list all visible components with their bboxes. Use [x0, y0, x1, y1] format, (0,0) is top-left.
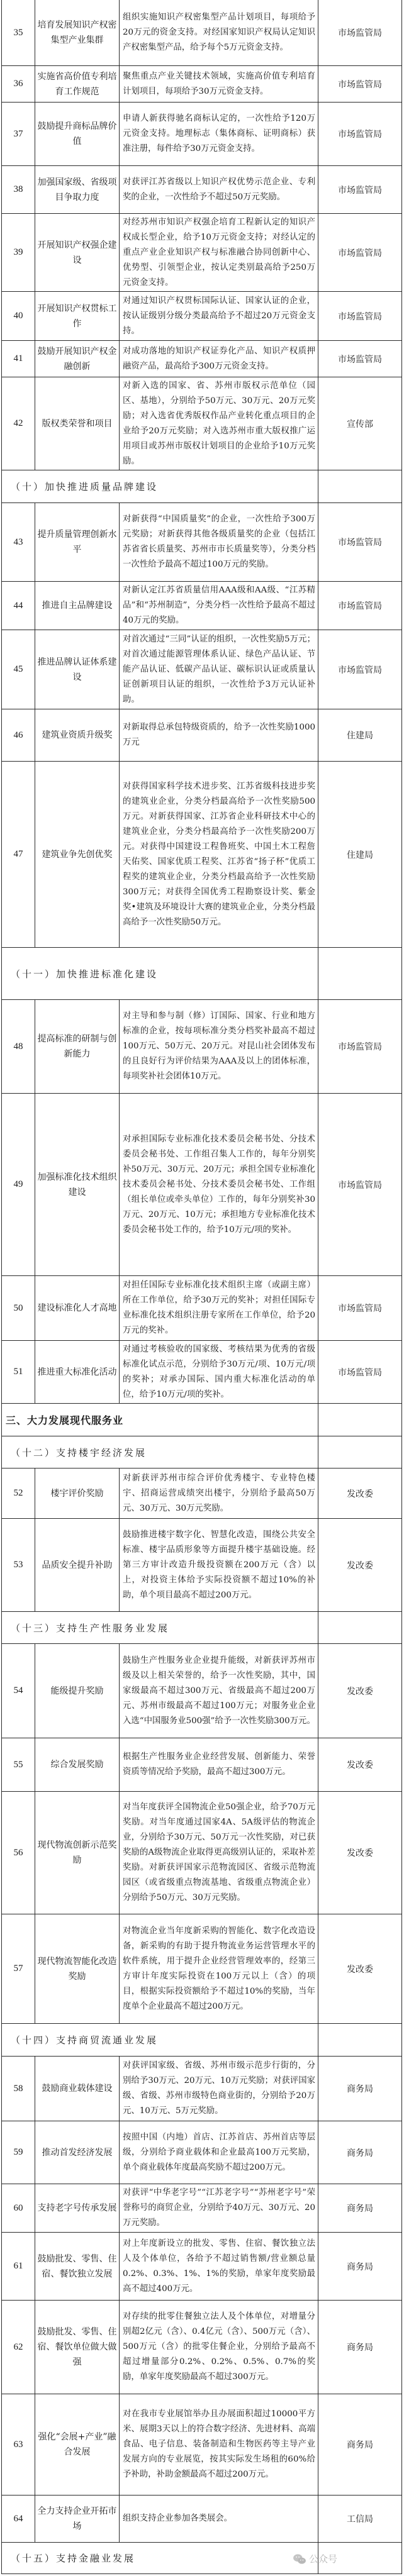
item-number: 37 — [2, 103, 35, 165]
responsible-department: 发改委 — [318, 1914, 401, 2023]
item-number: 38 — [2, 166, 35, 213]
section-title: （十五）支持金融业发展 — [2, 2543, 318, 2573]
item-description: 根据生产性服务业企业经营发展、创新能力、荣誉资质等情况给予奖励，最高不超过300… — [120, 1738, 318, 1791]
description-text: 对承担国际专业标准化技术委员会秘书处、分技术委员会秘书处、工作组召集人工作的，每… — [123, 1132, 315, 1238]
item-name: 强化“会展+产业”融合发展 — [35, 2394, 120, 2495]
table-row: 45推进品牌认证体系建设对首次通过“三同”认证的组织，一次性奖励5万元；对首次通… — [1, 630, 402, 709]
item-description: 对物流企业当年度新采购的智能化、数字化改造设备，新采购的有助于提升物流业务运营管… — [120, 1914, 318, 2023]
description-text: 对经苏州市知识产权强企培育工程新认定的知识产权成长型企业，给予10万元资金支持；… — [123, 215, 315, 291]
responsible-department: 市场监管局 — [318, 341, 401, 377]
item-name: 鼓励开展知识产权金融创新 — [35, 341, 120, 377]
item-name: 现代物流创新示范奖励 — [35, 1792, 120, 1914]
description-text: 对新取得总承包特级资质的，给予一次性奖励1000万元 — [123, 720, 315, 750]
item-name: 建筑业争先创优奖 — [35, 762, 120, 947]
table-row: 49加强标准化技术组织建设对承担国际专业标准化技术委员会秘书处、分技术委员会秘书… — [1, 1094, 402, 1276]
item-description: 对上年度新设立的批发、零售、住宿、餐饮独立法人及个体单位，各给予不超过销售额/营… — [120, 2233, 318, 2300]
item-number: 58 — [2, 2057, 35, 2121]
empty-cell — [318, 1404, 401, 1436]
item-description: 对获评江苏省级以上知识产权优势示范企业、专利奖的企业，一次性给予不超过50万元奖… — [120, 166, 318, 213]
description-text: 对新入选的国家、省、苏州市版权示范单位（园区、基地），分别给予50万元、30万元… — [123, 379, 315, 469]
responsible-department: 市场监管局 — [318, 1094, 401, 1275]
responsible-department: 市场监管局 — [318, 1341, 401, 1403]
responsible-department: 市场监管局 — [318, 582, 401, 630]
responsible-department: 市场监管局 — [318, 630, 401, 709]
item-name: 鼓励批发、零售、住宿、餐饮独立发展 — [35, 2233, 120, 2300]
empty-cell — [318, 470, 401, 502]
wechat-icon — [293, 2553, 306, 2565]
table-row: 50建设标准化人才高地对担任国际专业标准化技术组织主席（或副主席）所在工作单位，… — [1, 1276, 402, 1341]
description-text: 按照中国（内地）首店、江苏首店、苏州首店等层级，分别给予商业载体和企业最高100… — [123, 2130, 315, 2175]
item-description: 对获评“中华老字号”“江苏老字号”“苏州老字号”荣誉称号的商贸企业，分别给予40… — [120, 2184, 318, 2232]
table-row: 36实施省高价值专利培育工作规范聚焦重点产业关键技术领域，实施高价值专利培育计划… — [1, 66, 402, 103]
item-number: 63 — [2, 2394, 35, 2495]
table-row: 38加强国家级、省级项目争取力度对获评江苏省级以上知识产权优势示范企业、专利奖的… — [1, 166, 402, 214]
table-row: 46建筑业资质升级奖对新取得总承包特级资质的，给予一次性奖励1000万元住建局 — [1, 709, 402, 762]
table-row: 51推进重大标准化活动对通过考核验收的国家级、考核结果为优秀的省级标准化试点示范… — [1, 1341, 402, 1404]
item-description: 对经苏州市知识产权强企培育工程新认定的知识产权成长型企业，给予10万元资金支持；… — [120, 214, 318, 291]
item-description: 对新取得总承包特级资质的，给予一次性奖励1000万元 — [120, 709, 318, 761]
table-row: 41鼓励开展知识产权金融创新对成功落地的知识产权证券化产品、知识产权质押融资产品… — [1, 341, 402, 377]
item-number: 36 — [2, 66, 35, 102]
responsible-department: 发改委 — [318, 1644, 401, 1738]
table-row: 64全力支持企业开拓市场组织支持企业参加各类展会。工信局 — [1, 2495, 402, 2543]
table-row: 56现代物流创新示范奖励对当年度获评全国物流企业50强企业，给予70万元奖励。对… — [1, 1792, 402, 1914]
item-description: 对担任国际专业标准化技术组织主席（或副主席）所在工作单位，给予30万元的奖补；对… — [120, 1276, 318, 1340]
section-header-row: （十）加快推进质量品牌建设 — [1, 470, 402, 503]
table-row: 37鼓励提升商标品牌价值申请人新获得驰名商标认定的，一次性给予120万元资金支持… — [1, 103, 402, 166]
item-number: 56 — [2, 1792, 35, 1914]
item-name: 推进品牌认证体系建设 — [35, 630, 120, 709]
item-description: 申请人新获得驰名商标认定的，一次性给予120万元资金支持。地理标志（集体商标、证… — [120, 103, 318, 165]
item-name: 提高标准的研制与创新能力 — [35, 1000, 120, 1093]
item-description: 对新入选的国家、省、苏州市版权示范单位（园区、基地），分别给予50万元、30万元… — [120, 377, 318, 470]
description-text: 对在我市专业展馆举办且办展面积超过10000平方米、展期3天以上的符合数字经济、… — [123, 2407, 315, 2482]
section-title: （十三）支持生产性服务业发展 — [2, 1612, 318, 1643]
description-text: 对获得国家科学技术进步奖、江苏省级科技进步奖的建筑业企业，分类分档最高给予一次性… — [123, 779, 315, 930]
item-name: 培育发展知识产权密集型产业集群 — [35, 0, 120, 65]
description-text: 对新获得“中国质量奖”的企业，一次性给予300万元奖励；对新获得其他各级质量奖的… — [123, 512, 315, 572]
description-text: 组织支持企业参加各类展会。 — [123, 2511, 232, 2526]
description-text: 对获评“中华老字号”“江苏老字号”“苏州老字号”荣誉称号的商贸企业，分别给予40… — [123, 2185, 315, 2231]
item-description: 组织实施知识产权密集型产品计划项目，每项给予20万元的资金支持。对经国家知识产权… — [120, 0, 318, 65]
description-text: 对存续的批零住餐独立法人及个体单位，对增量分别超2亿元（含）、0.4亿元（含）、… — [123, 2309, 315, 2385]
responsible-department: 商务局 — [318, 2184, 401, 2232]
table-row: 58鼓励商业载体建设对获评国家级、省级、苏州市级示范步行街的，分别给予30万元、… — [1, 2057, 402, 2121]
item-number: 49 — [2, 1094, 35, 1275]
item-number: 42 — [2, 377, 35, 470]
table-row: 35培育发展知识产权密集型产业集群组织实施知识产权密集型产品计划项目，每项给予2… — [1, 0, 402, 66]
description-text: 对通过知识产权贯标国际认证、国家认证的企业，按认证级别分级分类最高给予不超过20… — [123, 294, 315, 339]
description-text: 对新获评苏州市综合评价优秀楼宇、专业特色楼宇、招商运营成绩突出楼宇，分别给予最高… — [123, 1471, 315, 1516]
item-number: 44 — [2, 582, 35, 630]
table-row: 40开展知识产权贯标工作对通过知识产权贯标国际认证、国家认证的企业，按认证级别分… — [1, 292, 402, 341]
description-text: 对获评江苏省级以上知识产权优势示范企业、专利奖的企业，一次性给予不超过50万元奖… — [123, 175, 315, 205]
policy-table: 35培育发展知识产权密集型产业集群组织实施知识产权密集型产品计划项目，每项给予2… — [1, 0, 402, 2574]
item-number: 59 — [2, 2121, 35, 2184]
responsible-department: 发改委 — [318, 1792, 401, 1914]
item-description: 对首次通过“三同”认证的组织，一次性奖励5万元；对首次通过能源管理体系认证、绿色… — [120, 630, 318, 709]
item-number: 45 — [2, 630, 35, 709]
item-name: 综合发展奖励 — [35, 1738, 120, 1791]
responsible-department: 住建局 — [318, 762, 401, 947]
description-text: 组织实施知识产权密集型产品计划项目，每项给予20万元的资金支持。对经国家知识产权… — [123, 10, 315, 55]
description-text: 根据生产性服务业企业经营发展、创新能力、荣誉资质等情况给予奖励，最高不超过300… — [123, 1750, 315, 1780]
section-title: （十二）支持楼宇经济发展 — [2, 1436, 318, 1468]
item-description: 对新认定江苏省质量信用AAA级和AA级、“江苏精品”和“苏州制造”，分类分档一次… — [120, 582, 318, 630]
item-number: 52 — [2, 1468, 35, 1518]
item-number: 57 — [2, 1914, 35, 2023]
item-name: 能级提升奖励 — [35, 1644, 120, 1738]
description-text: 聚焦重点产业关键技术领域，实施高价值专利培育计划项目，每项给予30万元资金支持。 — [123, 69, 315, 99]
description-text: 对主导和参与制（修）订国际、国家、行业和地方标准的企业，按每项标准分类分档奖补最… — [123, 1009, 315, 1084]
item-name: 全力支持企业开拓市场 — [35, 2495, 120, 2542]
section-title: （十）加快推进质量品牌建设 — [2, 470, 318, 502]
section-header-row: （十二）支持楼宇经济发展 — [1, 1436, 402, 1468]
empty-cell — [318, 948, 401, 999]
item-number: 50 — [2, 1276, 35, 1340]
description-text: 对当年度获评全国物流企业50强企业，给予70万元奖励。对当年度通过国家4A、5A… — [123, 1800, 315, 1906]
section-title: （十一）加快推进标准化建设 — [2, 948, 318, 999]
item-number: 64 — [2, 2495, 35, 2542]
item-description: 按照中国（内地）首店、江苏首店、苏州首店等层级，分别给予商业载体和企业最高100… — [120, 2121, 318, 2184]
table-row: 54能级提升奖励鼓励生产性服务业企业提升能级，对新获评苏州市级及以上相关荣誉的，… — [1, 1644, 402, 1738]
item-name: 版权类荣誉和项目 — [35, 377, 120, 470]
description-text: 对获评国家级、省级、苏州市级示范步行街的，分别给予30万元、20万元、10万元奖… — [123, 2058, 315, 2119]
section-title: （十四）支持商贸流通业发展 — [2, 2024, 318, 2056]
item-description: 对在我市专业展馆举办且办展面积超过10000平方米、展期3天以上的符合数字经济、… — [120, 2394, 318, 2495]
responsible-department: 商务局 — [318, 2121, 401, 2184]
item-description: 对成功落地的知识产权证券化产品、知识产权质押融资产品，最高给予300万元资金支持… — [120, 341, 318, 377]
table-row: 43提升质量管理创新水平对新获得“中国质量奖”的企业，一次性给予300万元奖励；… — [1, 503, 402, 582]
item-description: 聚焦重点产业关键技术领域，实施高价值专利培育计划项目，每项给予30万元资金支持。 — [120, 66, 318, 102]
responsible-department: 发改委 — [318, 1519, 401, 1611]
description-text: 对成功落地的知识产权证券化产品、知识产权质押融资产品，最高给予300万元资金支持… — [123, 344, 315, 374]
item-name: 建筑业资质升级奖 — [35, 709, 120, 761]
description-text: 对首次通过“三同”认证的组织，一次性奖励5万元；对首次通过能源管理体系认证、绿色… — [123, 632, 315, 708]
table-row: 62鼓励批发、零售、住宿、餐饮单位做大做强对存续的批零住餐独立法人及个体单位，对… — [1, 2301, 402, 2394]
item-number: 40 — [2, 292, 35, 340]
responsible-department: 商务局 — [318, 2057, 401, 2121]
responsible-department: 市场监管局 — [318, 292, 401, 340]
item-description: 鼓励生产性服务业企业提升能级，对新获评苏州市级及以上相关荣誉的，给予一次性奖励，… — [120, 1644, 318, 1738]
responsible-department: 市场监管局 — [318, 66, 401, 102]
responsible-department: 住建局 — [318, 709, 401, 761]
table-row: 61鼓励批发、零售、住宿、餐饮独立发展对上年度新设立的批发、零售、住宿、餐饮独立… — [1, 2233, 402, 2301]
responsible-department: 市场监管局 — [318, 166, 401, 213]
item-description: 对通过知识产权贯标国际认证、国家认证的企业，按认证级别分级分类最高给予不超过20… — [120, 292, 318, 340]
item-name: 鼓励商业载体建设 — [35, 2057, 120, 2121]
description-text: 申请人新获得驰名商标认定的，一次性给予120万元资金支持。地理标志（集体商标、证… — [123, 111, 315, 157]
empty-cell — [318, 2024, 401, 2056]
item-description: 对存续的批零住餐独立法人及个体单位，对增量分别超2亿元（含）、0.4亿元（含）、… — [120, 2301, 318, 2394]
item-name: 现代物流智能化改造奖励 — [35, 1914, 120, 2023]
description-text: 对上年度新设立的批发、零售、住宿、餐饮独立法人及个体单位，各给予不超过销售额/营… — [123, 2236, 315, 2297]
section-header-row: （十三）支持生产性服务业发展 — [1, 1612, 402, 1644]
responsible-department: 市场监管局 — [318, 1000, 401, 1093]
responsible-department: 工信局 — [318, 2495, 401, 2542]
item-number: 41 — [2, 341, 35, 377]
item-description: 对主导和参与制（修）订国际、国家、行业和地方标准的企业，按每项标准分类分档奖补最… — [120, 1000, 318, 1093]
table-row: 52楼宇评价奖励对新获评苏州市综合评价优秀楼宇、专业特色楼宇、招商运营成绩突出楼… — [1, 1468, 402, 1519]
section-header-row: （十四）支持商贸流通业发展 — [1, 2024, 402, 2057]
item-number: 47 — [2, 762, 35, 947]
table-row: 55综合发展奖励根据生产性服务业企业经营发展、创新能力、荣誉资质等情况给予奖励，… — [1, 1738, 402, 1792]
empty-cell — [318, 1436, 401, 1468]
item-description: 对获得国家科学技术进步奖、江苏省级科技进步奖的建筑业企业，分类分档最高给予一次性… — [120, 762, 318, 947]
table-row: 44推进自主品牌建设对新认定江苏省质量信用AAA级和AA级、“江苏精品”和“苏州… — [1, 582, 402, 630]
item-number: 51 — [2, 1341, 35, 1403]
table-row: 47建筑业争先创优奖对获得国家科学技术进步奖、江苏省级科技进步奖的建筑业企业，分… — [1, 762, 402, 948]
responsible-department: 商务局 — [318, 2301, 401, 2394]
item-name: 推进重大标准化活动 — [35, 1341, 120, 1403]
watermark: 公众号 — [293, 2552, 337, 2565]
description-text: 对新认定江苏省质量信用AAA级和AA级、“江苏精品”和“苏州制造”，分类分档一次… — [123, 583, 315, 628]
item-name: 品质安全提升补助 — [35, 1519, 120, 1611]
table-row: 60支持老字号传承发展对获评“中华老字号”“江苏老字号”“苏州老字号”荣誉称号的… — [1, 2184, 402, 2233]
item-name: 开展知识产权强企建设 — [35, 214, 120, 291]
section-header-row: （十五）支持金融业发展 — [1, 2543, 402, 2574]
section-title: 三、大力发展现代服务业 — [2, 1404, 318, 1436]
responsible-department: 宣传部 — [318, 377, 401, 470]
item-name: 实施省高价值专利培育工作规范 — [35, 66, 120, 102]
item-name: 推进自主品牌建设 — [35, 582, 120, 630]
item-name: 楼宇评价奖励 — [35, 1468, 120, 1518]
table-row: 42版权类荣誉和项目对新入选的国家、省、苏州市版权示范单位（园区、基地），分别给… — [1, 377, 402, 470]
item-description: 鼓励推进楼宇数字化、智慧化改造，围绕公共安全标准、楼宇品质形象等方面提升楼宇基础… — [120, 1519, 318, 1611]
item-name: 鼓励批发、零售、住宿、餐饮单位做大做强 — [35, 2301, 120, 2394]
description-text: 对通过考核验收的国家级、考核结果为优秀的省级标准化试点示范，分别给予30万元/项… — [123, 1342, 315, 1402]
table-row: 48提高标准的研制与创新能力对主导和参与制（修）订国际、国家、行业和地方标准的企… — [1, 1000, 402, 1094]
responsible-department: 市场监管局 — [318, 214, 401, 291]
item-number: 35 — [2, 0, 35, 65]
item-description: 对承担国际专业标准化技术委员会秘书处、分技术委员会秘书处、工作组召集人工作的，每… — [120, 1094, 318, 1275]
item-name: 开展知识产权贯标工作 — [35, 292, 120, 340]
item-description: 对新获评苏州市综合评价优秀楼宇、专业特色楼宇、招商运营成绩突出楼宇，分别给予最高… — [120, 1468, 318, 1518]
item-description: 组织支持企业参加各类展会。 — [120, 2495, 318, 2542]
item-number: 53 — [2, 1519, 35, 1611]
item-description: 对新获得“中国质量奖”的企业，一次性给予300万元奖励；对新获得其他各级质量奖的… — [120, 503, 318, 581]
responsible-department: 发改委 — [318, 1468, 401, 1518]
item-name: 建设标准化人才高地 — [35, 1276, 120, 1340]
item-name: 支持老字号传承发展 — [35, 2184, 120, 2232]
responsible-department: 商务局 — [318, 2233, 401, 2300]
item-number: 39 — [2, 214, 35, 291]
major-section-row: 三、大力发展现代服务业 — [1, 1404, 402, 1436]
table-row: 39开展知识产权强企建设对经苏州市知识产权强企培育工程新认定的知识产权成长型企业… — [1, 214, 402, 292]
item-number: 54 — [2, 1644, 35, 1738]
description-text: 对物流企业当年度新采购的智能化、数字化改造设备，新采购的有助于提升物流业务运营管… — [123, 1924, 315, 2014]
item-number: 62 — [2, 2301, 35, 2394]
item-description: 对当年度获评全国物流企业50强企业，给予70万元奖励。对当年度通过国家4A、5A… — [120, 1792, 318, 1914]
table-row: 57现代物流智能化改造奖励对物流企业当年度新采购的智能化、数字化改造设备，新采购… — [1, 1914, 402, 2024]
description-text: 鼓励推进楼宇数字化、智慧化改造，围绕公共安全标准、楼宇品质形象等方面提升楼宇基础… — [123, 1528, 315, 1603]
item-name: 提升质量管理创新水平 — [35, 503, 120, 581]
item-name: 加强标准化技术组织建设 — [35, 1094, 120, 1275]
item-name: 推动首发经济发展 — [35, 2121, 120, 2184]
responsible-department: 市场监管局 — [318, 1276, 401, 1340]
empty-cell — [318, 1612, 401, 1643]
item-name: 鼓励提升商标品牌价值 — [35, 103, 120, 165]
item-number: 55 — [2, 1738, 35, 1791]
item-name: 加强国家级、省级项目争取力度 — [35, 166, 120, 213]
item-number: 48 — [2, 1000, 35, 1093]
responsible-department: 市场监管局 — [318, 503, 401, 581]
item-number: 46 — [2, 709, 35, 761]
item-description: 对通过考核验收的国家级、考核结果为优秀的省级标准化试点示范，分别给予30万元/项… — [120, 1341, 318, 1403]
table-row: 53品质安全提升补助鼓励推进楼宇数字化、智慧化改造，围绕公共安全标准、楼宇品质形… — [1, 1519, 402, 1612]
table-row: 63强化“会展+产业”融合发展对在我市专业展馆举办且办展面积超过10000平方米… — [1, 2394, 402, 2495]
table-row: 59推动首发经济发展按照中国（内地）首店、江苏首店、苏州首店等层级，分别给予商业… — [1, 2121, 402, 2184]
item-number: 60 — [2, 2184, 35, 2232]
item-number: 43 — [2, 503, 35, 581]
responsible-department: 市场监管局 — [318, 103, 401, 165]
responsible-department: 商务局 — [318, 2394, 401, 2495]
section-header-row: （十一）加快推进标准化建设 — [1, 948, 402, 1000]
responsible-department: 市场监管局 — [318, 0, 401, 65]
description-text: 鼓励生产性服务业企业提升能级，对新获评苏州市级及以上相关荣誉的，给予一次性奖励，… — [123, 1653, 315, 1729]
item-number: 61 — [2, 2233, 35, 2300]
description-text: 对担任国际专业标准化技术组织主席（或副主席）所在工作单位，给予30万元的奖补；对… — [123, 1278, 315, 1338]
responsible-department: 发改委 — [318, 1738, 401, 1791]
watermark-label: 公众号 — [309, 2552, 337, 2565]
item-description: 对获评国家级、省级、苏州市级示范步行街的，分别给予30万元、20万元、10万元奖… — [120, 2057, 318, 2121]
